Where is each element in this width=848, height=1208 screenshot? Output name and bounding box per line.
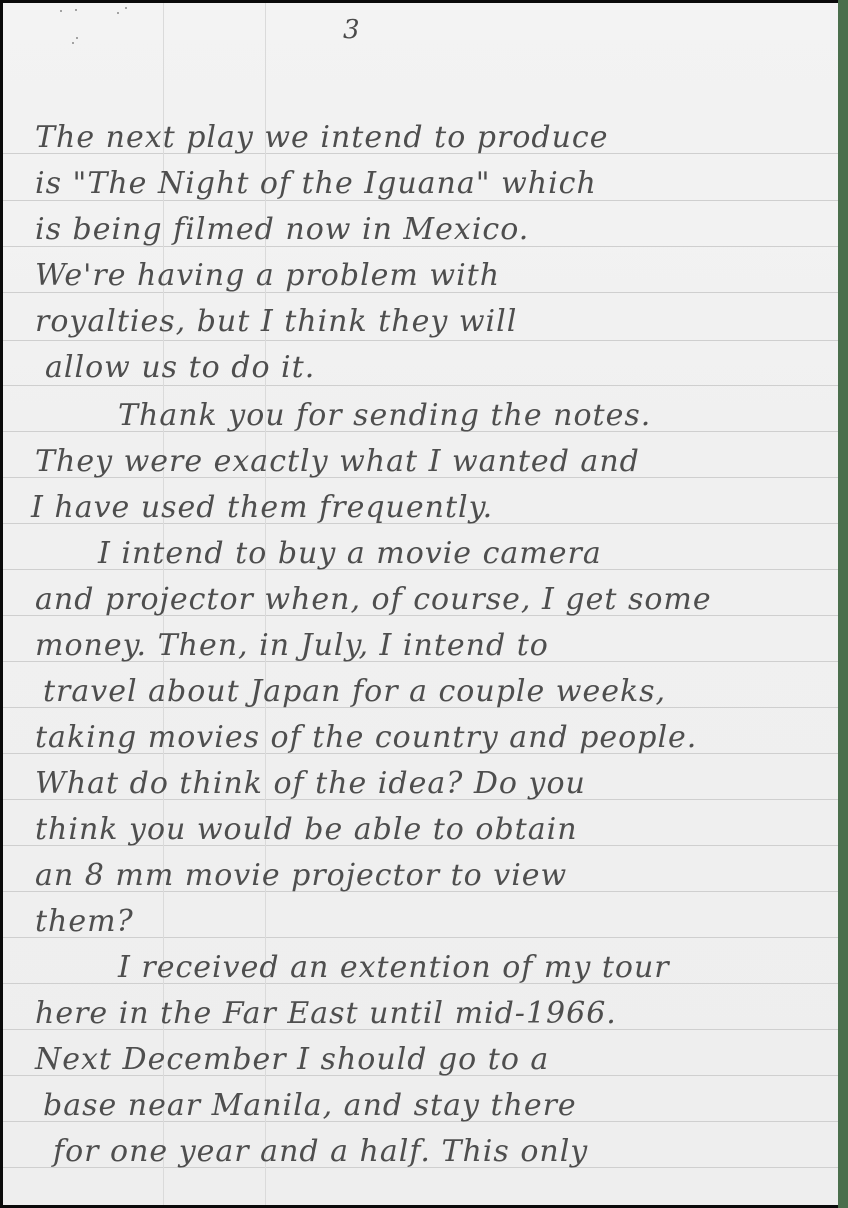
letter-line: The next play we intend to produce [35,118,608,158]
letter-line: I received an extention of my tour [118,948,670,988]
letter-line: and projector when, of course, I get som… [35,580,712,620]
letter-line: is "The Night of the Iguana" which [35,164,597,204]
letter-line: think you would be able to obtain [35,810,578,850]
letter-line: travel about Japan for a couple weeks, [43,672,666,712]
letter-line: allow us to do it. [45,348,315,388]
letter-line: an 8 mm movie projector to view [35,856,567,896]
letter-line: Next December I should go to a [35,1040,549,1080]
scan-right-edge [838,0,848,1208]
letter-page: 3 The next play we intend to produce is … [3,3,838,1205]
letter-line: base near Manila, and stay there [43,1086,577,1126]
letter-line: What do think of the idea? Do you [35,764,586,804]
page-number: 3 [343,15,360,45]
letter-line: We're having a problem with [35,256,500,296]
letter-line: taking movies of the country and people. [35,718,697,758]
letter-line: for one year and a half. This only [53,1132,588,1172]
letter-line: is being filmed now in Mexico. [35,210,529,250]
letter-line: They were exactly what I wanted and [35,442,640,482]
letter-line: I have used them frequently. [31,488,493,528]
letter-line: money. Then, in July, I intend to [35,626,549,666]
letter-line: Thank you for sending the notes. [118,396,651,436]
letter-line: royalties, but I think they will [35,302,517,342]
letter-line: them? [35,902,134,942]
letter-line: I intend to buy a movie camera [98,534,602,574]
letter-line: here in the Far East until mid-1966. [35,994,617,1034]
